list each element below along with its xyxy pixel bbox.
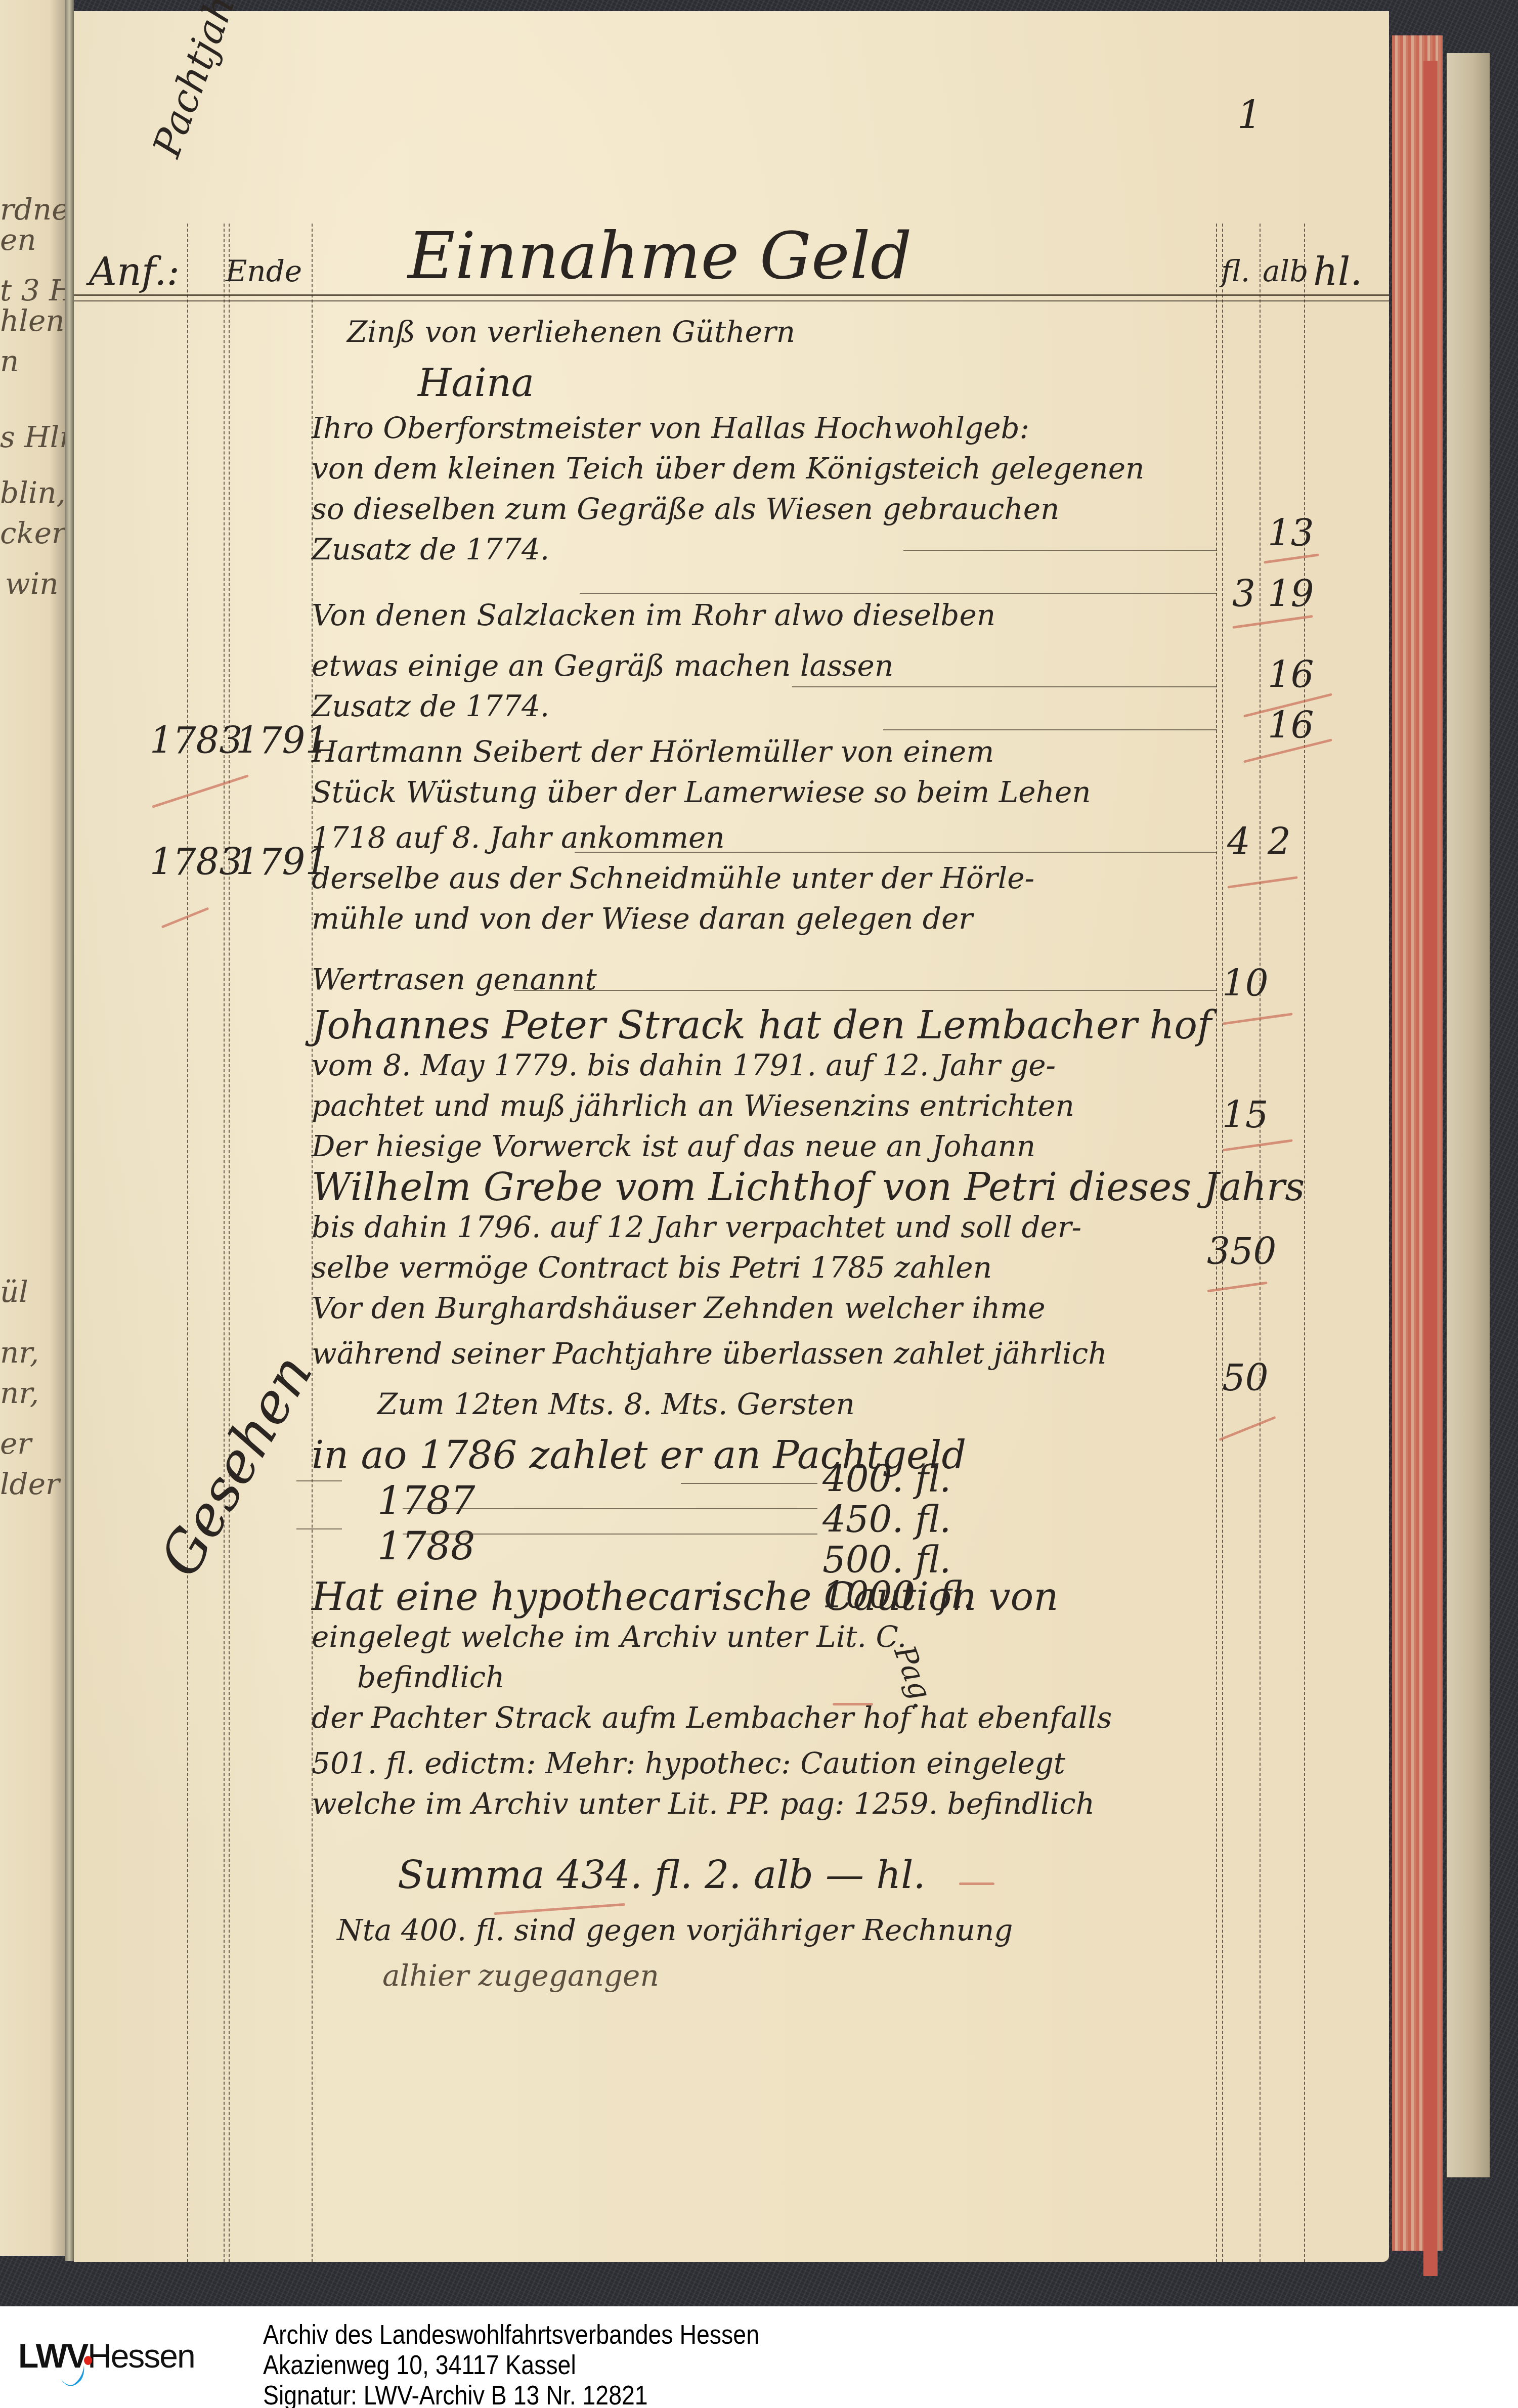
book-gutter [65,0,74,2261]
header-ende: Ende [226,254,302,288]
column-rule-anf [187,224,188,2262]
entry-line: der Pachter Strack aufm Lembacher hof ha… [312,1700,1112,1735]
entry-line: Der hiesige Vorwerck ist auf das neue an… [312,1129,1035,1163]
scan-background: rdnen en t 3 Hlr hlen n s Hlr blin, cker… [0,0,1518,2306]
entry-line: bis dahin 1796. auf 12 Jahr verpachtet u… [312,1210,1081,1244]
year-anf: 1783 [150,841,242,883]
leader-line [403,1508,817,1509]
archive-caption: Archiv des Landeswohlfahrtsverbandes Hes… [263,2319,840,2408]
entry-line: 1787 [377,1478,475,1523]
left-page-edge: rdnen en t 3 Hlr hlen n s Hlr blin, cker… [0,0,71,2256]
entry-line: selbe vermöge Contract bis Petri 1785 za… [312,1250,992,1285]
entry-line: etwas einige an Gegräß machen lassen [312,648,893,683]
entry-line: Von denen Salzlacken im Rohr alwo diesel… [312,598,995,632]
red-check-mark [1222,1139,1292,1151]
entry-line: mühle und von der Wiese daran gelegen de… [312,901,973,936]
section-heading: Zinß von verliehenen Güthern [347,315,795,349]
left-page-text: n [0,344,19,378]
left-page-text: ckerl [0,516,75,550]
entry-line: während seiner Pachtjahre überlassen zah… [312,1336,1107,1371]
leader-line [580,593,1217,594]
summa-line: Summa 434. fl. 2. alb — hl. [398,1852,926,1897]
entry-line: 1788 [377,1523,475,1568]
entry-line: Johannes Peter Strack hat den Lembacher … [312,1002,1211,1047]
header-anf: Anf.: [89,249,180,294]
amount-alb: 2 [1268,820,1291,863]
nota-line: alhier zugegangen [382,1958,659,1993]
page-edges [1392,35,1443,2251]
amount-fl: 15 [1222,1093,1269,1136]
left-page-text: blin, [0,475,66,510]
entry-line: welche im Archiv unter Lit. PP. pag: 125… [312,1786,1095,1821]
dash-mark [296,1480,342,1481]
page-number: 1 [1237,92,1262,137]
year-anf: 1783 [150,719,242,762]
page-title: Einnahme Geld [408,218,912,294]
archive-footer: LWVHessen Archiv des Landeswohlfahrtsver… [0,2306,1518,2408]
red-cross-mark [959,1882,994,1885]
leader-line [883,729,1217,730]
left-page-text: nr, [0,1335,39,1370]
header-fl: fl. [1221,254,1250,288]
column-rule-ende-double [229,224,230,2262]
red-check-mark [161,907,209,928]
amount-fl: 10 [1222,962,1269,1004]
logo-regular: Hessen [88,2337,195,2375]
leader-line [792,686,1217,687]
left-page-text: lder [0,1467,60,1501]
ledger-page: Pachtjahre Anf.: Ende Einnahme Geld 1 fl… [74,11,1389,2262]
header-rule [74,294,1389,296]
amount-fl: 50 [1222,1356,1269,1399]
entry-line: Hartmann Seibert der Hörlemüller von ein… [312,734,994,769]
entry-line: Zusatz de 1774. [312,532,549,566]
inline-amount: 450. fl. [822,1498,951,1541]
entry-line: pachtet und muß jährlich an Wiesenzins e… [312,1088,1074,1123]
header-rule-double [74,300,1389,301]
amount-fl: 4 [1227,820,1250,863]
red-check-mark [1222,1013,1292,1025]
inline-amount: 400. fl. [822,1458,951,1500]
red-check-mark [1264,553,1319,563]
caption-archive-name: Archiv des Landeswohlfahrtsverbandes Hes… [263,2319,759,2350]
entry-line: befindlich [357,1660,505,1694]
left-page-text: win [5,566,59,601]
leader-line [403,1534,817,1535]
entry-line: Wilhelm Grebe vom Lichthof von Petri die… [312,1164,1305,1209]
red-check-mark [152,774,249,808]
red-check-mark [1219,1416,1276,1441]
place-heading: Haina [418,360,534,405]
entry-line: Zusatz de 1774. [312,689,549,723]
entry-line: Stück Wüstung über der Lamerwiese so bei… [312,775,1091,809]
header-alb: alb [1263,254,1308,288]
caption-signature: Signatur: LWV-Archiv B 13 Nr. 12821 [263,2380,759,2408]
entry-line: eingelegt welche im Archiv unter Lit. C. [312,1619,906,1654]
amount-alb: 16 [1268,704,1314,747]
amount-fl: 350 [1207,1230,1276,1273]
entry-line: 1718 auf 8. Jahr ankommen [312,820,725,855]
leader-line [903,550,1217,551]
left-page-text: nr, [0,1376,39,1410]
left-page-text: ül [0,1275,28,1309]
entry-line: Wertrasen genannt [312,962,597,996]
book-cover-edge [1447,53,1490,2177]
amount-alb: 16 [1268,653,1314,696]
margin-note-gesehen: Gesehen [147,1344,325,1587]
entry-line: von dem kleinen Teich über dem Königstei… [312,451,1144,486]
entry-line: Ihro Oberforstmeister von Hallas Hochwoh… [312,411,1029,445]
left-page-text: er [0,1426,31,1461]
leader-line [681,1483,817,1484]
header-hl: hl. [1313,249,1362,294]
nota-line: Nta 400. fl. sind gegen vorjähriger Rech… [337,1913,1013,1947]
entry-line: so dieselben zum Gegräße als Wiesen gebr… [312,492,1059,526]
red-cross-mark [833,1703,873,1705]
red-check-mark [1232,615,1313,629]
header-pachtjahre: Pachtjahre [144,0,257,163]
logo-wordmark: LWVHessen [18,2337,195,2375]
column-rule-ende [224,224,225,2262]
leader-line [575,852,1217,853]
amount-fl: 3 [1232,573,1255,615]
caption-address: Akazienweg 10, 34117 Kassel [263,2350,759,2380]
entry-line: vom 8. May 1779. bis dahin 1791. auf 12.… [312,1048,1056,1082]
entry-line: Vor den Burghardshäuser Zehnden welcher … [312,1291,1045,1325]
leader-line [514,990,1217,991]
red-check-mark [1227,876,1297,888]
left-page-text: s Hlr [0,420,73,454]
logo-swoosh-icon [59,2362,89,2392]
dash-mark [296,1528,342,1529]
entry-line: derselbe aus der Schneidmühle unter der … [312,861,1034,895]
lwv-hessen-logo: LWVHessen [18,2327,261,2407]
amount-alb: 13 [1268,512,1314,554]
left-page-text: en [0,223,36,257]
amount-alb: 19 [1268,573,1314,615]
left-page-text: hlen [0,303,65,338]
entry-line: Zum 12ten Mts. 8. Mts. Gersten [377,1387,855,1421]
entry-line: 501. fl. edictm: Mehr: hypothec: Caution… [312,1746,1065,1780]
inline-amount: 1000. fl. [822,1574,974,1616]
